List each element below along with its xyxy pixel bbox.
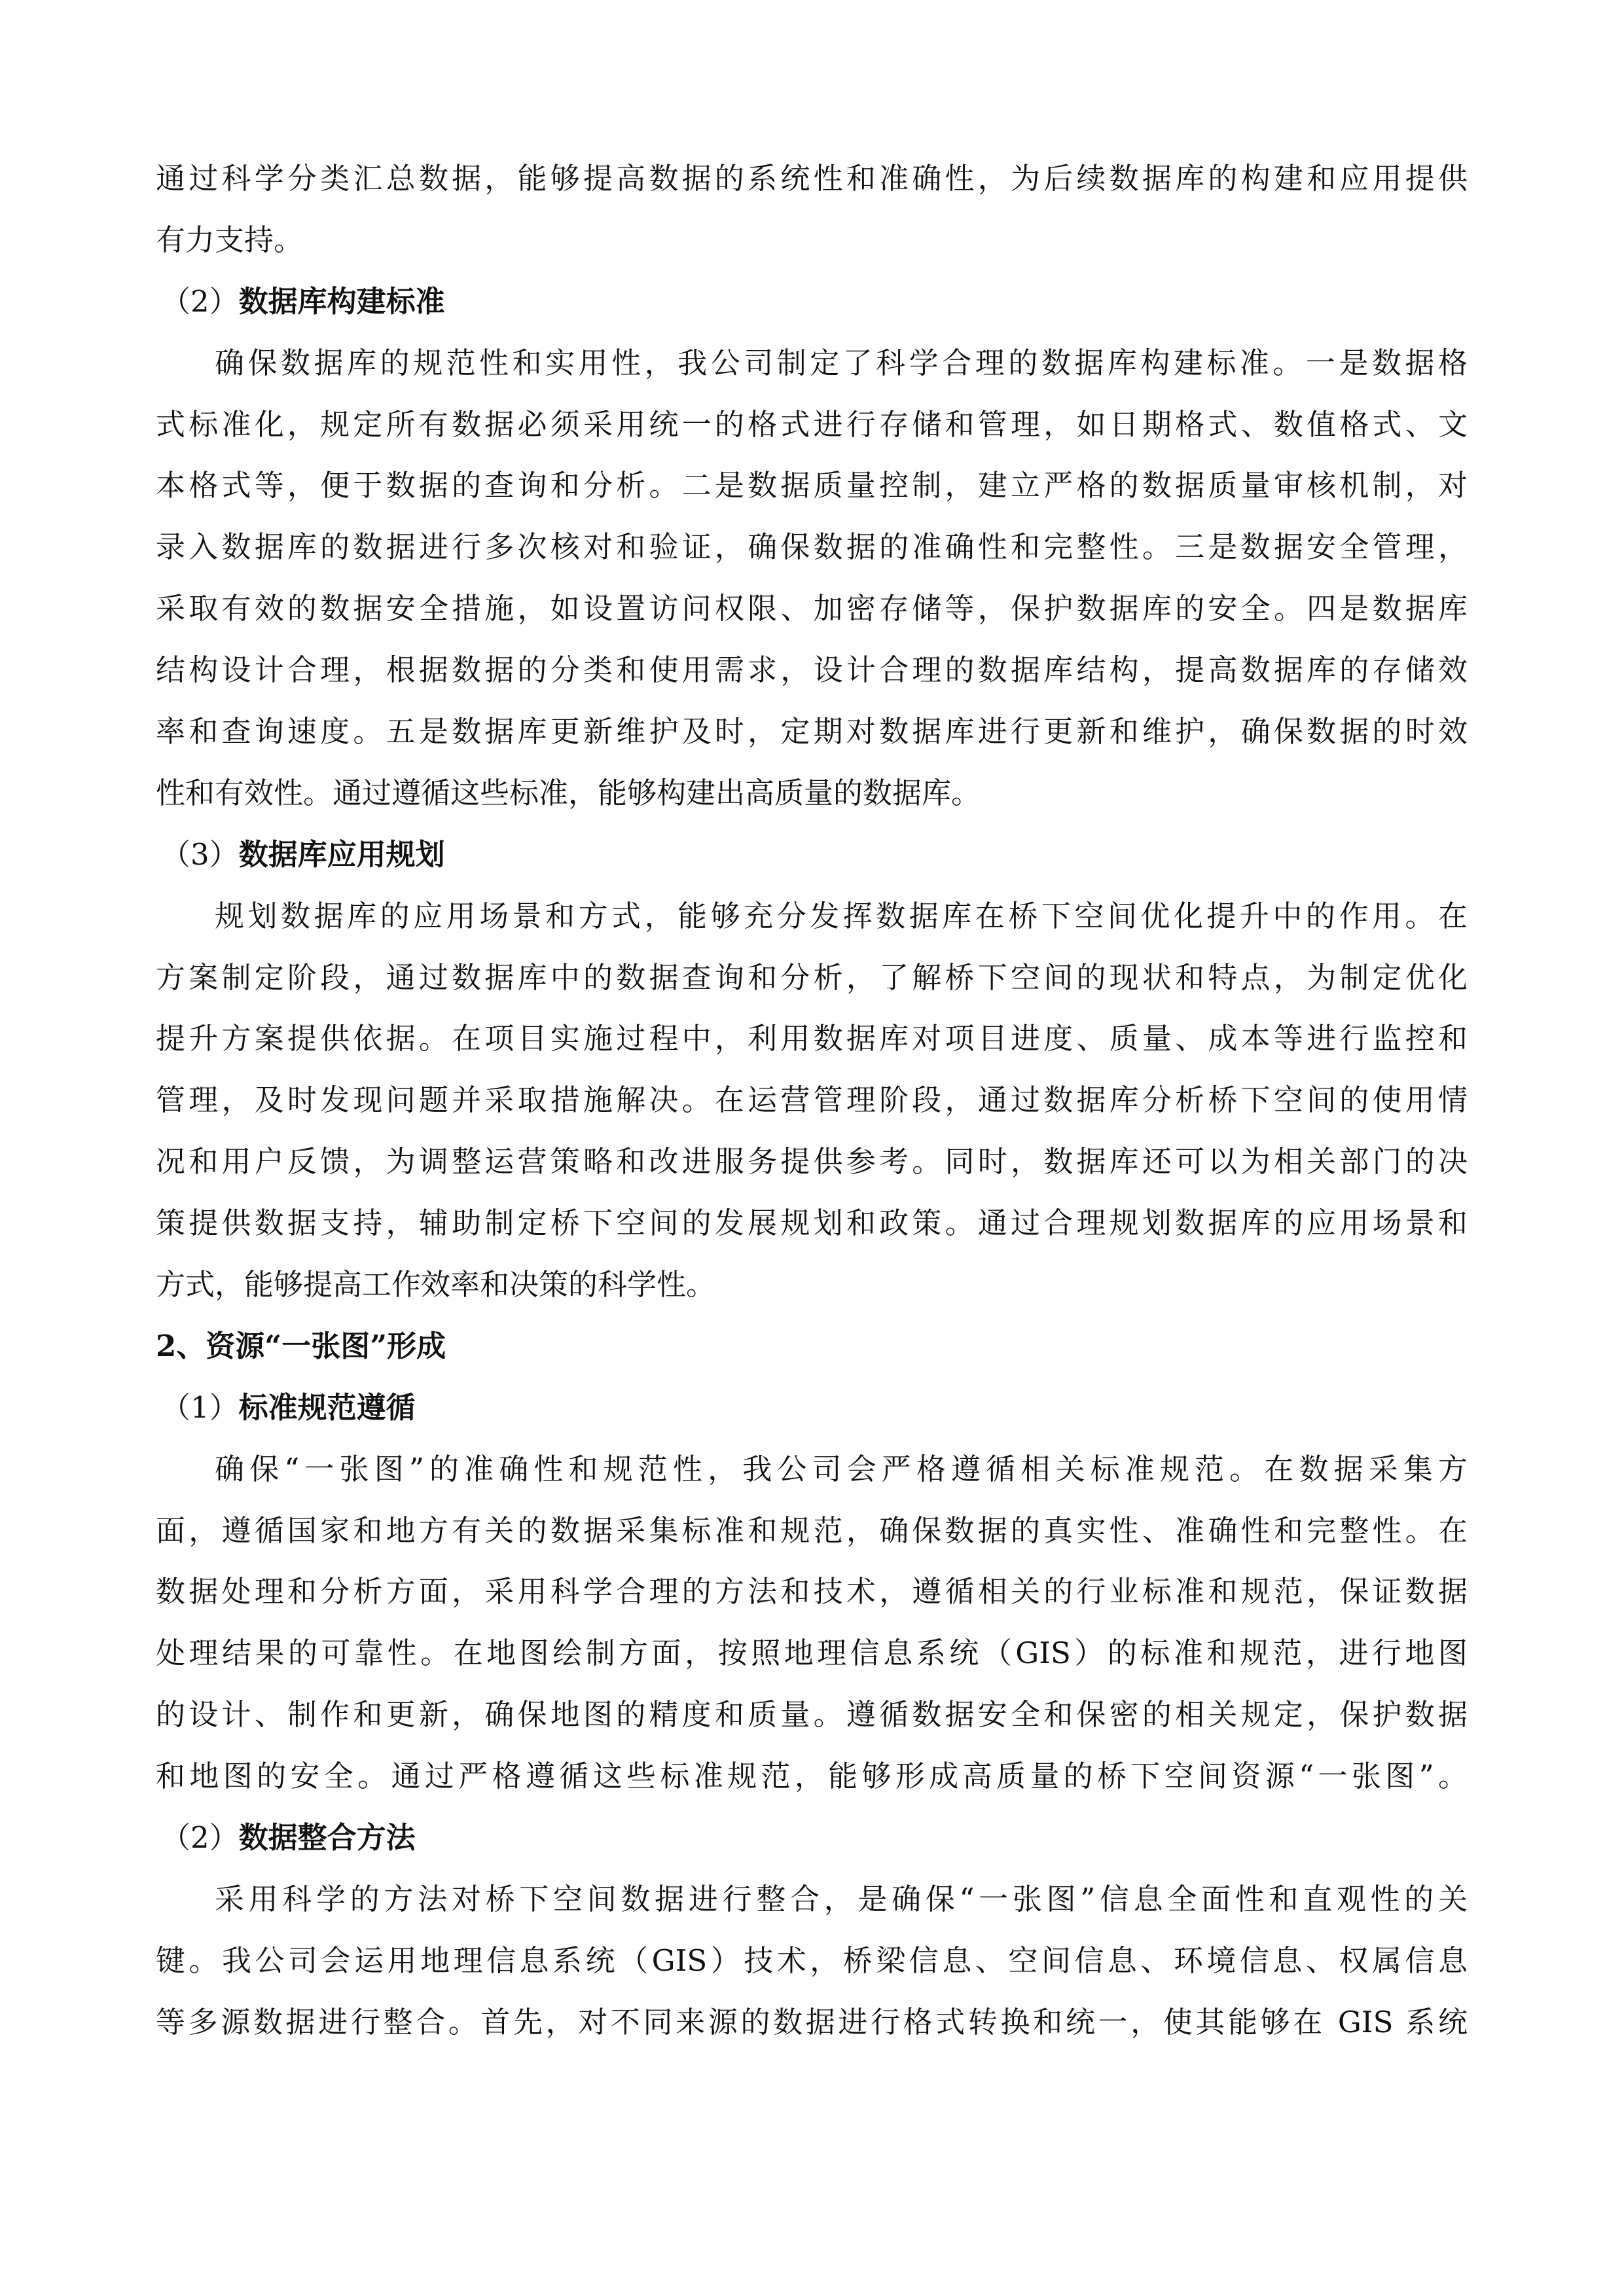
text-line: 方案制定阶段，通过数据库中的数据查询和分析，了解桥下空间的现状和特点，为制定优化 — [156, 947, 1468, 1009]
text-line: 的设计、制作和更新，确保地图的精度和质量。遵循数据安全和保密的相关规定，保护数据 — [156, 1684, 1468, 1746]
text-line: 采用科学的方法对桥下空间数据进行整合，是确保“一张图”信息全面性和直观性的关 — [156, 1869, 1468, 1930]
paragraph-continuation: 通过科学分类汇总数据，能够提高数据的系统性和准确性，为后续数据库的构建和应用提供… — [156, 148, 1468, 271]
text-line: 规划数据库的应用场景和方式，能够充分发挥数据库在桥下空间优化提升中的作用。在 — [156, 886, 1468, 947]
text-line: 提升方案提供依据。在项目实施过程中，利用数据库对项目进度、质量、成本等进行监控和 — [156, 1008, 1468, 1069]
subheading-database-application: （3）数据库应用规划 — [156, 824, 1468, 886]
paragraph-database-application: 规划数据库的应用场景和方式，能够充分发挥数据库在桥下空间优化提升中的作用。在 方… — [156, 886, 1468, 1316]
text-line: 采取有效的数据安全措施，如设置访问权限、加密存储等，保护数据库的安全。四是数据库 — [156, 578, 1468, 639]
text-line: 况和用户反馈，为调整运营策略和改进服务提供参考。同时，数据库还可以为相关部门的决 — [156, 1131, 1468, 1193]
text-line: 处理结果的可靠性。在地图绘制方面，按照地理信息系统（GIS）的标准和规范，进行地… — [156, 1623, 1468, 1684]
text-line: 键。我公司会运用地理信息系统（GIS）技术，桥梁信息、空间信息、环境信息、权属信… — [156, 1930, 1468, 1992]
document-page: 通过科学分类汇总数据，能够提高数据的系统性和准确性，为后续数据库的构建和应用提供… — [156, 148, 1468, 2053]
subheading-standards-compliance: （1）标准规范遵循 — [156, 1377, 1468, 1439]
text-line: 有力支持。 — [156, 209, 1468, 271]
paragraph-data-integration: 采用科学的方法对桥下空间数据进行整合，是确保“一张图”信息全面性和直观性的关 键… — [156, 1869, 1468, 2053]
text-line: 本格式等，便于数据的查询和分析。二是数据质量控制，建立严格的数据质量审核机制，对 — [156, 455, 1468, 516]
text-line: 率和查询速度。五是数据库更新维护及时，定期对数据库进行更新和维护，确保数据的时效 — [156, 701, 1468, 762]
text-line: 录入数据库的数据进行多次核对和验证，确保数据的准确性和完整性。三是数据安全管理， — [156, 516, 1468, 578]
text-line: 方式，能够提高工作效率和决策的科学性。 — [156, 1254, 1468, 1316]
subheading-number: （3） — [161, 837, 239, 872]
subheading-number: （1） — [161, 1390, 239, 1425]
text-line: 策提供数据支持，辅助制定桥下空间的发展规划和政策。通过合理规划数据库的应用场景和 — [156, 1193, 1468, 1254]
subheading-database-standards: （2）数据库构建标准 — [156, 271, 1468, 332]
paragraph-database-standards: 确保数据库的规范性和实用性，我公司制定了科学合理的数据库构建标准。一是数据格 式… — [156, 332, 1468, 824]
subheading-title: 数据整合方法 — [239, 1820, 416, 1855]
text-line: 和地图的安全。通过严格遵循这些标准规范，能够形成高质量的桥下空间资源“一张图”。 — [156, 1746, 1468, 1807]
text-line: 结构设计合理，根据数据的分类和使用需求，设计合理的数据库结构，提高数据库的存储效 — [156, 639, 1468, 701]
subheading-number: （2） — [161, 284, 239, 319]
text-line: 性和有效性。通过遵循这些标准，能够构建出高质量的数据库。 — [156, 762, 1468, 824]
text-line: 面，遵循国家和地方有关的数据采集标准和规范，确保数据的真实性、准确性和完整性。在 — [156, 1500, 1468, 1562]
subheading-number: （2） — [161, 1820, 239, 1855]
text-line: 确保数据库的规范性和实用性，我公司制定了科学合理的数据库构建标准。一是数据格 — [156, 332, 1468, 394]
paragraph-standards-compliance: 确保“一张图”的准确性和规范性，我公司会严格遵循相关标准规范。在数据采集方 面，… — [156, 1439, 1468, 1807]
text-line: 数据处理和分析方面，采用科学合理的方法和技术，遵循相关的行业标准和规范，保证数据 — [156, 1561, 1468, 1623]
section-heading-resource-map: 2、资源“一张图”形成 — [156, 1316, 1468, 1377]
subheading-title: 数据库构建标准 — [239, 284, 445, 319]
text-line: 通过科学分类汇总数据，能够提高数据的系统性和准确性，为后续数据库的构建和应用提供 — [156, 148, 1468, 209]
subheading-title: 标准规范遵循 — [239, 1390, 416, 1425]
subheading-data-integration: （2）数据整合方法 — [156, 1807, 1468, 1869]
subheading-title: 数据库应用规划 — [239, 837, 445, 872]
text-line: 确保“一张图”的准确性和规范性，我公司会严格遵循相关标准规范。在数据采集方 — [156, 1439, 1468, 1500]
text-line: 式标准化，规定所有数据必须采用统一的格式进行存储和管理，如日期格式、数值格式、文 — [156, 394, 1468, 456]
text-line: 管理，及时发现问题并采取措施解决。在运营管理阶段，通过数据库分析桥下空间的使用情 — [156, 1069, 1468, 1131]
text-line: 等多源数据进行整合。首先，对不同来源的数据进行格式转换和统一，使其能够在 GIS… — [156, 1992, 1468, 2053]
